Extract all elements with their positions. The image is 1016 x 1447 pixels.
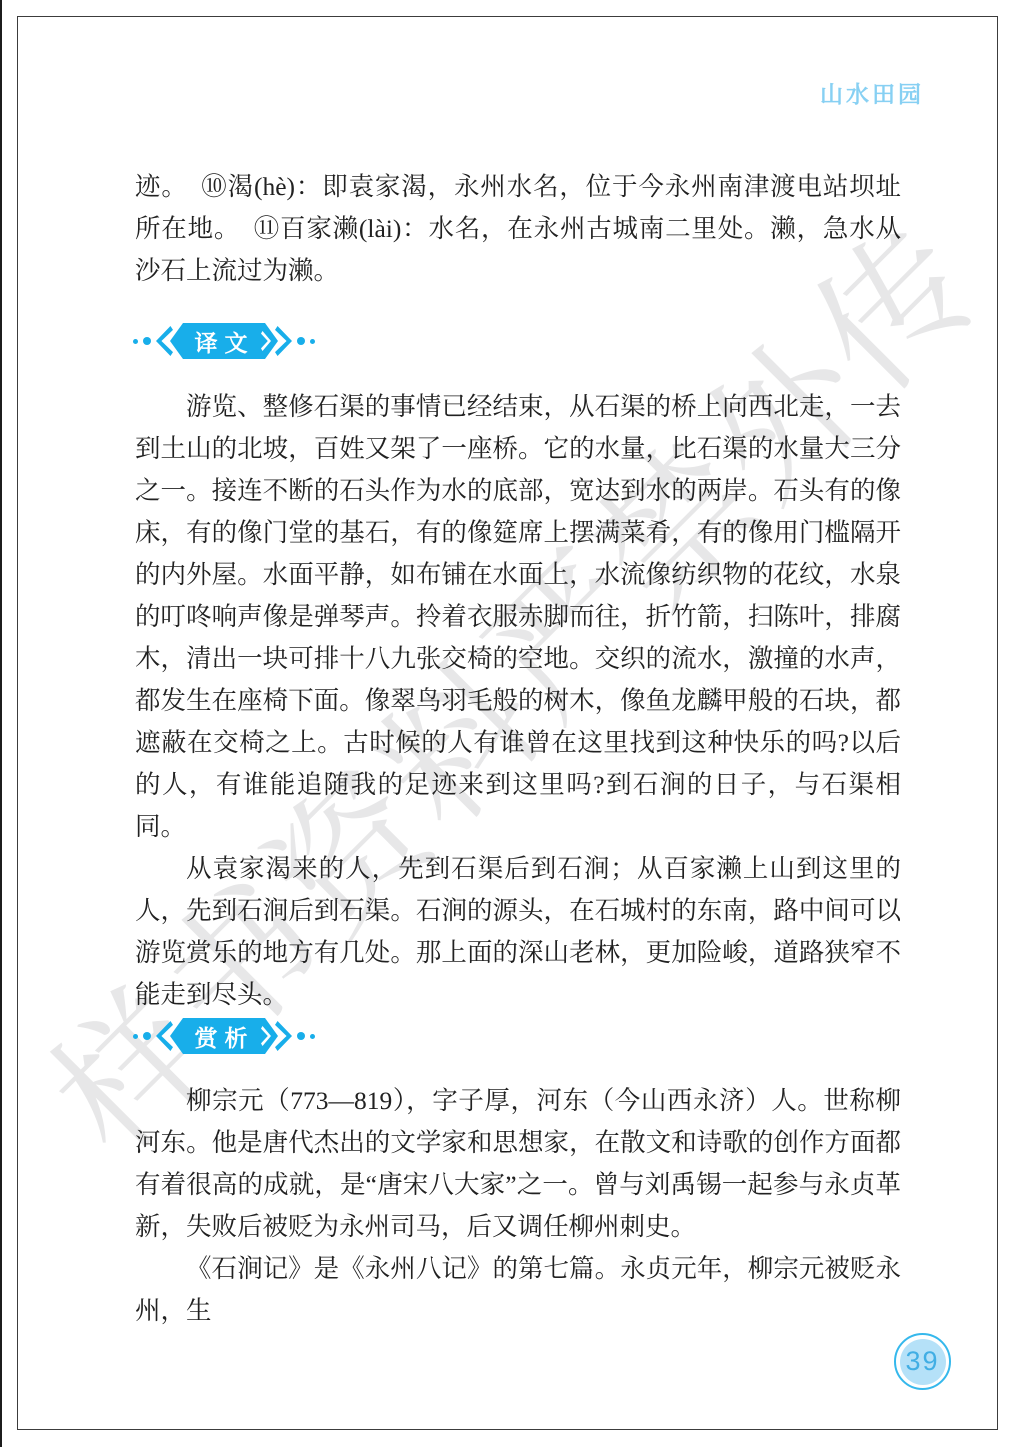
appreciation-text: 柳宗元（773—819），字子厚，河东（今山西永济）人。世称柳河东。他是唐代杰出… <box>135 1080 901 1332</box>
appreciation-paragraph: 《石涧记》是《永州八记》的第七篇。永贞元年，柳宗元被贬永州，生 <box>135 1248 901 1332</box>
decor-dot <box>310 339 315 344</box>
appreciation-paragraph: 柳宗元（773—819），字子厚，河东（今山西永济）人。世称柳河东。他是唐代杰出… <box>135 1080 901 1248</box>
annotation-notes: 迹。 ⑩渴(hè)：即袁家渴，永州水名，位于今永州南津渡电站坝址所在地。 ⑪百家… <box>135 166 901 292</box>
book-page: 样书资料严禁外传 山水田园 迹。 ⑩渴(hè)：即袁家渴，永州水名，位于今永州南… <box>0 0 1016 1447</box>
badge-label: 译文 <box>188 325 255 358</box>
scan-edge-line <box>0 0 2 1447</box>
translation-text: 游览、整修石渠的事情已经结束，从石渠的桥上向西北走，一去到土山的北坡，百姓又架了… <box>135 386 901 1016</box>
page-number-badge: 39 <box>894 1333 951 1390</box>
decor-dot <box>133 1034 138 1039</box>
translation-paragraph: 从袁家渴来的人，先到石渠后到石涧；从百家濑上山到这里的人，先到石涧后到石渠。石涧… <box>135 848 901 1016</box>
translation-paragraph: 游览、整修石渠的事情已经结束，从石渠的桥上向西北走，一去到土山的北坡，百姓又架了… <box>135 386 901 848</box>
decor-dot <box>143 1032 151 1040</box>
inner-chevron-icon <box>261 1026 271 1046</box>
decor-dot <box>297 1032 305 1040</box>
page-number-inner-circle: 39 <box>900 1339 946 1385</box>
inner-chevron-icon <box>261 331 271 351</box>
badge-hexagon: 赏析 <box>170 1018 278 1054</box>
annotation-note-paragraph: 迹。 ⑩渴(hè)：即袁家渴，永州水名，位于今永州南津渡电站坝址所在地。 ⑪百家… <box>135 166 901 292</box>
decor-dot <box>310 1034 315 1039</box>
decor-dot <box>297 337 305 345</box>
badge-label: 赏析 <box>188 1020 255 1053</box>
section-badge-translation: 译文 <box>133 323 315 359</box>
unit-title: 山水田园 <box>820 76 924 109</box>
section-badge-appreciation: 赏析 <box>133 1018 315 1054</box>
decor-dot <box>143 337 151 345</box>
decor-dot <box>133 339 138 344</box>
page-number: 39 <box>905 1346 939 1377</box>
badge-hexagon: 译文 <box>170 323 278 359</box>
